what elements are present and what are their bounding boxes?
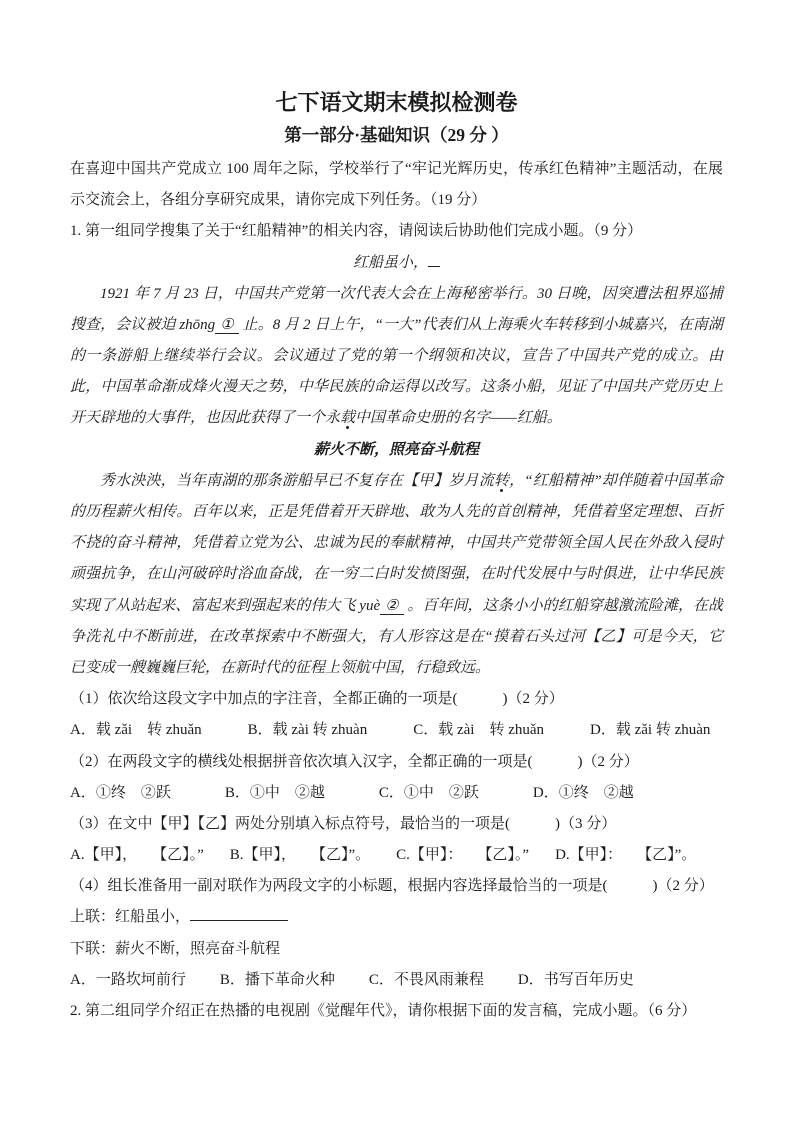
passage-2-heading: 薪火不断，照亮奋斗航程 bbox=[70, 435, 723, 466]
option-d: D．①终 ②越 bbox=[533, 778, 634, 809]
option-d: D.【甲】： 【乙】”。 bbox=[555, 840, 696, 871]
sub-question-4-options: A．一路坎坷前行 B．播下革命火种 C．不畏风雨兼程 D．书写百年历史 bbox=[70, 965, 723, 996]
sub-question-3-text: （3）在文中【甲】【乙】两处分别填入标点符号，最恰当的一项是( )（3 分） bbox=[70, 816, 616, 832]
sub-question-2-options: A．①终 ②跃 B．①中 ②越 C．①中 ②跃 D．①终 ②越 bbox=[70, 778, 723, 809]
passage-2-heading-text: 薪火不断，照亮奋斗航程 bbox=[314, 442, 479, 458]
option-a: A.【甲】， 【乙】。” bbox=[70, 840, 204, 871]
option-a: A．一路坎坷前行 bbox=[70, 965, 186, 996]
passage-1-part-c: 中国革命史册的名字——红船。 bbox=[355, 410, 562, 426]
option-c: C．载 zài 转 zhuǎn bbox=[413, 715, 544, 746]
emphasis-dot-char-zai: 载 bbox=[340, 410, 355, 426]
option-d: D．载 zǎi 转 zhuàn bbox=[590, 715, 710, 746]
circled-number-2: ② bbox=[380, 598, 404, 615]
passage-2-part-b: ，“红船精神”却伴随着中国革命的历程薪火相传。百年以来，正是凭借着开天辟地、敢为… bbox=[70, 473, 723, 614]
couplet-lower-line: 下联：薪火不断，照亮奋斗航程 bbox=[70, 934, 723, 965]
intro-text: 在喜迎中国共产党成立 100 周年之际，学校举行了“牢记光辉历史，传承红色精神”… bbox=[70, 161, 723, 208]
question-2-text: 2. 第二组同学介绍正在热播的电视剧《觉醒年代》，请你根据下面的发言稿，完成小题… bbox=[70, 1003, 696, 1019]
passage-1: 1921 年 7 月 23 日，中国共产党第一次代表大会在上海秘密举行。30 日… bbox=[70, 279, 723, 435]
option-a: A．①终 ②跃 bbox=[70, 778, 171, 809]
sub-question-4-text: （4）组长准备用一副对联作为两段文字的小标题，根据内容选择最恰当的一项是( )（… bbox=[70, 878, 714, 894]
passage-2: 秀水泱泱，当年南湖的那条游船早已不复存在【甲】岁月流转，“红船精神”却伴随着中国… bbox=[70, 466, 723, 684]
sub-question-2-text: （2）在两段文字的横线处根据拼音依次填入汉字，全都正确的一项是( )（2 分） bbox=[70, 754, 639, 770]
couplet-upper-text: 上联：红船虽小， bbox=[70, 909, 190, 925]
option-c: C.【甲】： 【乙】。” bbox=[396, 840, 529, 871]
option-b: B．载 zài 转 zhuàn bbox=[248, 715, 368, 746]
passage-1-heading-text: 红船虽小， bbox=[353, 255, 428, 271]
sub-question-3-options: A.【甲】， 【乙】。” B.【甲】， 【乙】”。 C.【甲】： 【乙】。” D… bbox=[70, 840, 723, 871]
section-header: 第一部分·基础知识（29 分 ） bbox=[70, 122, 723, 148]
option-a: A．载 zǎi 转 zhuǎn bbox=[70, 715, 202, 746]
intro-paragraph: 在喜迎中国共产党成立 100 周年之际，学校举行了“牢记光辉历史，传承红色精神”… bbox=[70, 154, 723, 216]
blank-underline-long bbox=[190, 906, 288, 921]
paper-title: 七下语文期末模拟检测卷 bbox=[70, 88, 723, 118]
passage-1-heading: 红船虽小， bbox=[70, 248, 723, 279]
sub-question-2-stem: （2）在两段文字的横线处根据拼音依次填入汉字，全都正确的一项是( )（2 分） bbox=[70, 747, 723, 778]
blank-underline-short bbox=[428, 251, 440, 266]
circled-number-1: ① bbox=[215, 317, 239, 334]
sub-question-1-options: A．载 zǎi 转 zhuǎn B．载 zài 转 zhuàn C．载 zài … bbox=[70, 715, 723, 746]
option-d: D．书写百年历史 bbox=[518, 965, 634, 996]
option-b: B．①中 ②越 bbox=[225, 778, 325, 809]
option-c: C．①中 ②跃 bbox=[379, 778, 479, 809]
sub-question-1-text: （1）依次给这段文字中加点的字注音，全都正确的一项是( )（2 分） bbox=[70, 691, 564, 707]
option-b: B.【甲】， 【乙】”。 bbox=[230, 840, 370, 871]
question-1-stem: 1. 第一组同学搜集了关于“红船精神”的相关内容，请阅读后协助他们完成小题。（9… bbox=[70, 216, 723, 247]
option-c: C．不畏风雨兼程 bbox=[369, 965, 484, 996]
question-1-text: 1. 第一组同学搜集了关于“红船精神”的相关内容，请阅读后协助他们完成小题。（9… bbox=[70, 223, 642, 239]
exam-paper-page: 七下语文期末模拟检测卷 第一部分·基础知识（29 分 ） 在喜迎中国共产党成立 … bbox=[0, 0, 793, 1122]
sub-question-3-stem: （3）在文中【甲】【乙】两处分别填入标点符号，最恰当的一项是( )（3 分） bbox=[70, 809, 723, 840]
sub-question-4-stem: （4）组长准备用一副对联作为两段文字的小标题，根据内容选择最恰当的一项是( )（… bbox=[70, 871, 723, 902]
question-2-stem: 2. 第二组同学介绍正在热播的电视剧《觉醒年代》，请你根据下面的发言稿，完成小题… bbox=[70, 996, 723, 1027]
passage-2-part-a: 秀水泱泱，当年南湖的那条游船早已不复存在【甲】岁月流 bbox=[100, 473, 494, 489]
option-b: B．播下革命火种 bbox=[220, 965, 335, 996]
couplet-upper-line: 上联：红船虽小， bbox=[70, 902, 723, 933]
couplet-lower-text: 下联：薪火不断，照亮奋斗航程 bbox=[70, 941, 280, 957]
sub-question-1-stem: （1）依次给这段文字中加点的字注音，全都正确的一项是( )（2 分） bbox=[70, 684, 723, 715]
emphasis-dot-char-zhuan: 转 bbox=[494, 473, 509, 489]
